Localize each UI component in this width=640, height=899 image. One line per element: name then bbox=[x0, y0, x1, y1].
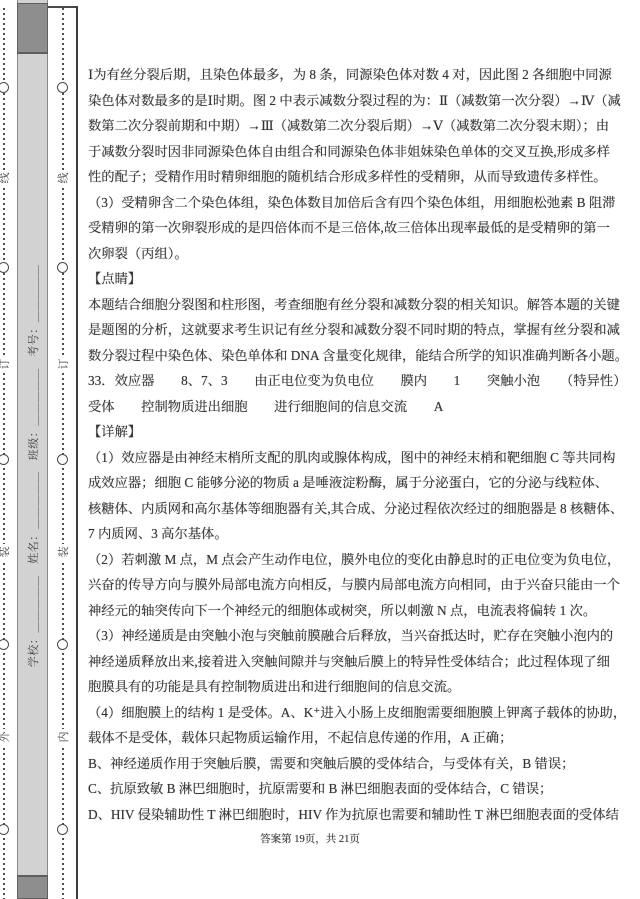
binding-char: 外 bbox=[0, 729, 12, 745]
binding-char: 线 bbox=[0, 170, 12, 186]
text-line: 性的配子；受精作用时精卵细胞的随机结合形成多样性的受精卵，从而导致遗传多样性。 bbox=[88, 164, 628, 190]
text-line: 本题结合细胞分裂图和柱形图，考查细胞有丝分裂和减数分裂的相关知识。解答本题的关键 bbox=[88, 292, 628, 318]
section-heading-dianjing: 【点睛】 bbox=[88, 266, 628, 292]
binding-char: 线 bbox=[55, 170, 71, 186]
text-line: 数第二次分裂前期和中期）→Ⅲ（减数第二次分裂后期）→Ⅴ（减数第二次分裂末期）；由 bbox=[88, 113, 628, 139]
binding-circle bbox=[57, 454, 68, 465]
text-line: C、抗原致敏 B 淋巴细胞时，抗原需要和 B 淋巴细胞表面的受体结合，C 错误； bbox=[88, 776, 628, 802]
text-line: 染色体对数最多的是Ⅰ时期。图 2 中表示减数分裂过程的为：Ⅱ（减数第一次分裂）→… bbox=[88, 88, 628, 114]
page-number-footer: 答案第 19页，共 21页 bbox=[88, 827, 532, 853]
binding-circle bbox=[0, 454, 9, 465]
text-line: 神经元的轴突传向下一个神经元的细胞体或树突，所以刺激 N 点，电流表将偏转 1 … bbox=[88, 598, 628, 624]
answer-blanks-line: 33．效应器 8、7、3 由正电位变为负电位 膜内 1 突触小泡 （特异性） bbox=[88, 368, 628, 394]
text-line: 数分裂过程中染色体、染色单体和 DNA 含量变化规律，能结合所学的知识准确判断各… bbox=[88, 343, 628, 369]
text-line: 兴奋的传导方向与膜外局部电流方向相反，与膜内局部电流方向相同，由于兴奋只能由一个 bbox=[88, 572, 628, 598]
text-line: 受精卵的第一次卵裂形成的是四倍体而不是三倍体,故三倍体出现率最低的是受精卵的第一 bbox=[88, 215, 628, 241]
text-line: （4）细胞膜上的结构 1 是受体。A、K⁺进入小肠上皮细胞需要细胞膜上钾离子载体… bbox=[88, 700, 628, 726]
binding-char: 装 bbox=[55, 544, 71, 560]
section-heading-xiangjie: 【详解】 bbox=[88, 419, 628, 445]
spine-shadow-top bbox=[17, 3, 48, 54]
text-line: 胞膜具有的功能是具有控制物质进出和进行细胞间的信息交流。 bbox=[88, 674, 628, 700]
answer-blanks-line: 受体 控制物质进出细胞 进行细胞间的信息交流 A bbox=[88, 394, 628, 420]
text-line: B、神经递质作用于突触后膜，需要和突触后膜的受体结合，与受体有关，B 错误； bbox=[88, 751, 628, 777]
binding-circle bbox=[0, 262, 9, 273]
binding-circle bbox=[0, 824, 9, 835]
binding-char: 装 bbox=[0, 544, 12, 560]
binding-char: 内 bbox=[55, 729, 71, 745]
text-line: 神经递质释放出来,接着进入突触间隙并与突触后膜上的特异性受体结合；此过程体现了细 bbox=[88, 649, 628, 675]
scanned-exam-answer-page: { "binding": { "left_line_chars": ["线", … bbox=[0, 0, 640, 899]
text-line: Ⅰ为有丝分裂后期，且染色体最多，为 8 条，同源染色体对数 4 对，因此图 2 … bbox=[88, 62, 628, 88]
binding-circle bbox=[0, 639, 9, 650]
text-line: （2）若刺激 M 点，M 点会产生动作电位，膜外电位的变化由静息时的正电位变为负… bbox=[88, 547, 628, 573]
binding-char: 订 bbox=[0, 356, 12, 372]
text-line: 载体不是受体，载体只起物质运输作用，不起信息传递的作用，A 正确； bbox=[88, 725, 628, 751]
text-line: 成效应器；细胞 C 能够分泌的物质 a 是唾液淀粉酶，属于分泌蛋白，它的分泌与线… bbox=[88, 470, 628, 496]
page-left-border bbox=[76, 6, 78, 899]
student-info-fields: 学校：＿＿＿＿＿ 姓名：＿＿＿＿＿ 班级：＿＿＿＿＿ 考号：＿＿＿＿＿ bbox=[25, 265, 41, 668]
binding-circle bbox=[57, 824, 68, 835]
answer-text-body: Ⅰ为有丝分裂后期，且染色体最多，为 8 条，同源染色体对数 4 对，因此图 2 … bbox=[88, 62, 628, 853]
binding-circle bbox=[57, 262, 68, 273]
text-line: 是题图的分析，这就要求考生识记有丝分裂和减数分裂不同时期的特点，掌握有丝分裂和减 bbox=[88, 317, 628, 343]
text-line: 次卵裂（丙组）。 bbox=[88, 241, 628, 267]
text-line: （3）受精卵含二个染色体组，染色体数目加倍后含有四个染色体组，用细胞松弛素 B … bbox=[88, 190, 628, 216]
binding-char: 订 bbox=[55, 356, 71, 372]
binding-circle bbox=[57, 82, 68, 93]
text-line: （1）效应器是由神经末梢所支配的肌肉或腺体构成，图中的神经末梢和靶细胞 C 等共… bbox=[88, 445, 628, 471]
text-line: （3）神经递质是由突触小泡与突触前膜融合后释放，当兴奋抵达时，贮存在突触小泡内的 bbox=[88, 623, 628, 649]
text-line: D、HIV 侵染辅助性 T 淋巴细胞时，HIV 作为抗原也需要和辅助性 T 淋巴… bbox=[88, 802, 628, 828]
spine-shadow-bottom bbox=[17, 875, 48, 899]
text-line: 核糖体、内质网和高尔基体等细胞器有关,其合成、分泌过程依次经过的细胞器是 8 核… bbox=[88, 496, 628, 522]
binding-circle bbox=[57, 639, 68, 650]
text-line: 于减数分裂时因非同源染色体自由组合和同源染色体非姐妹染色单体的交叉互换,形成多样 bbox=[88, 139, 628, 165]
page-top-rule bbox=[48, 6, 77, 8]
text-line: 7 内质网、3 高尔基体。 bbox=[88, 521, 628, 547]
binding-circle bbox=[0, 82, 9, 93]
